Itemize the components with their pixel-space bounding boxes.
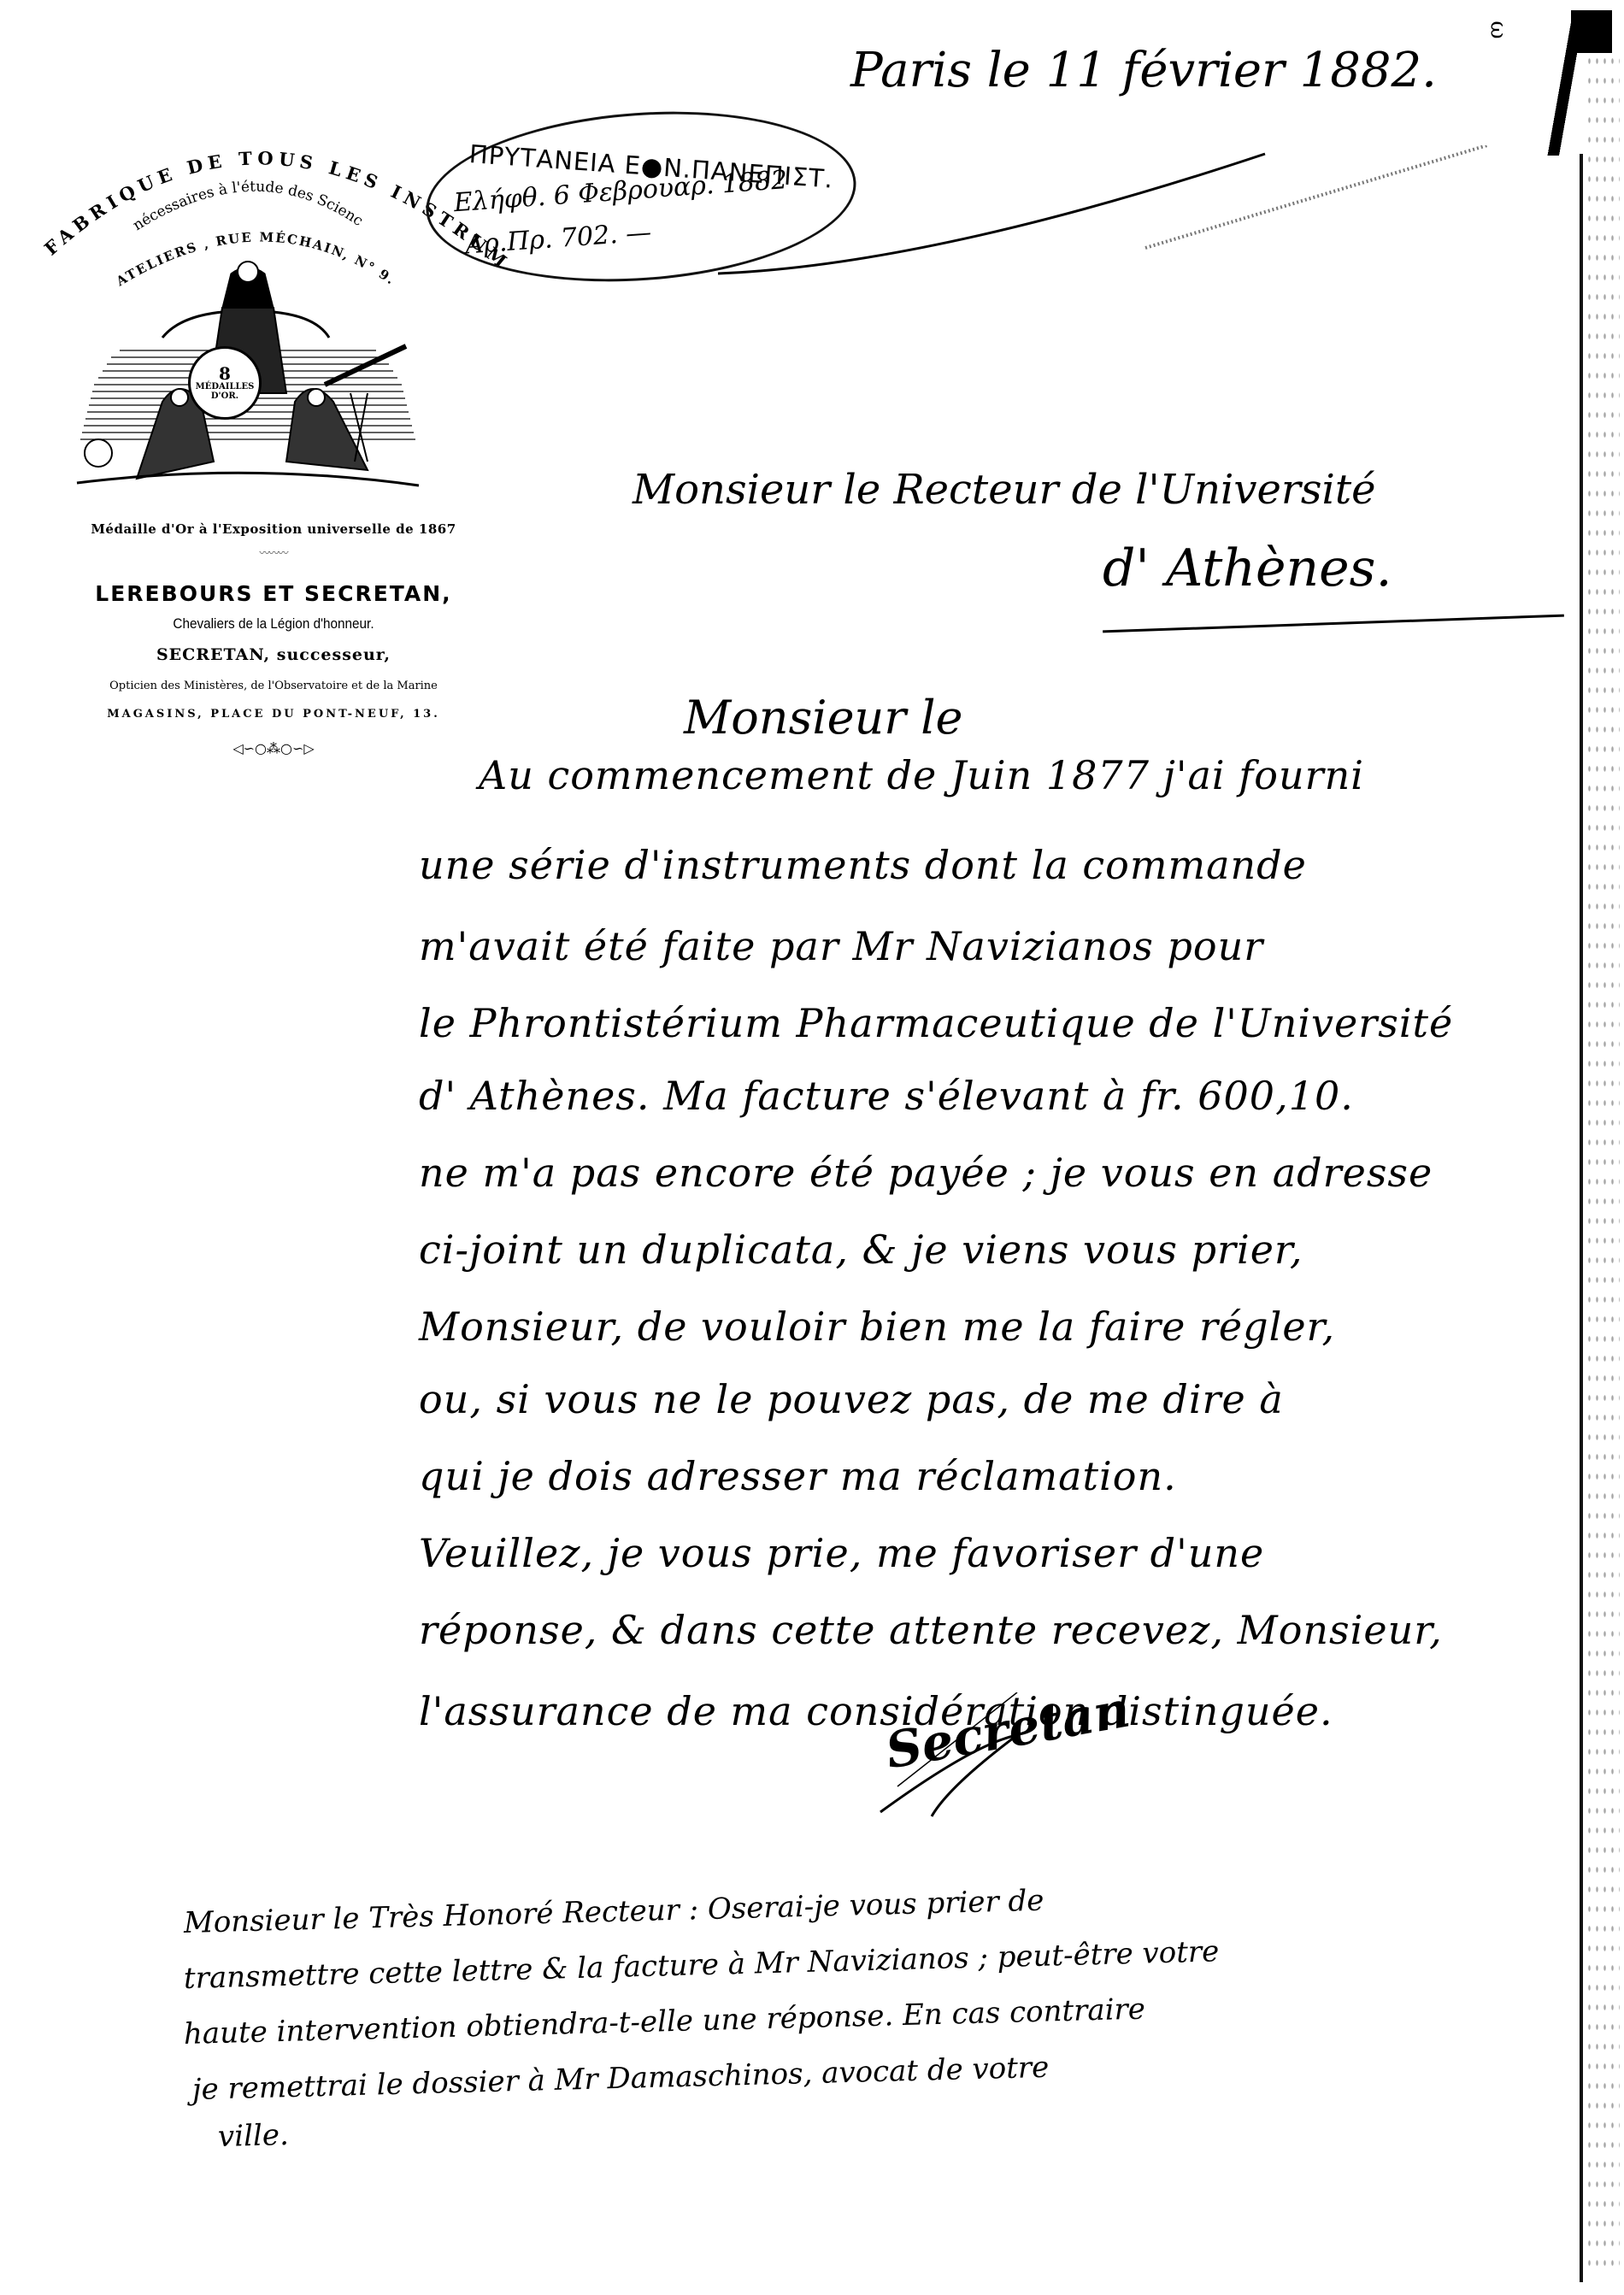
scan-edge-block [1571, 10, 1612, 53]
scan-edge-speckle [1586, 51, 1620, 2274]
letter-body-line: une série d'instruments dont la commande [419, 842, 1307, 888]
annotation-line: haute intervention obtiendra-t-elle une … [183, 1992, 1145, 2051]
letter-body-line: Veuillez, je vous prie, me favoriser d'u… [419, 1530, 1264, 1576]
shop-address: MAGASINS, PLACE DU PONT-NEUF, 13. [17, 708, 530, 721]
annotation-line: Monsieur le Très Honoré Recteur : Oserai… [183, 1884, 1044, 1940]
medal-label: MÉDAILLES [196, 383, 255, 392]
wave-ornament: 〰〰〰 [17, 545, 530, 560]
addressee-underline [1103, 615, 1564, 633]
letter-body-line: Au commencement de Juin 1877 j'ai fourni [479, 752, 1364, 798]
letter-body-line: d' Athènes. Ma facture s'élevant à fr. 6… [419, 1073, 1354, 1119]
addressee-line-2: d' Athènes. [1103, 538, 1392, 598]
scan-edge-line [1580, 154, 1583, 2282]
letter-body-line: ou, si vous ne le pouvez pas, de me dire… [419, 1376, 1284, 1422]
chevaliers-line: Chevaliers de la Légion d'honneur. [43, 615, 504, 633]
medal-label-gold: D'OR. [211, 392, 238, 402]
exposition-award: Médaille d'Or à l'Exposition universelle… [17, 521, 530, 537]
letter-body-line: ne m'a pas encore été payée ; je vous en… [419, 1150, 1433, 1196]
medal-count: 8 [219, 365, 231, 383]
letter-body-line: réponse, & dans cette attente recevez, M… [419, 1607, 1443, 1653]
addressee-line-1: Monsieur le Recteur de l'Université [633, 466, 1376, 514]
letter-body-line: ci-joint un duplicata, & je viens vous p… [419, 1227, 1303, 1273]
salutation: Monsieur le [684, 691, 963, 744]
stamp-tail-stroke [718, 145, 1573, 368]
letter-body-line: Monsieur, de vouloir bien me la faire ré… [419, 1303, 1335, 1350]
margin-mark: ω [1486, 21, 1511, 38]
letter-body-line: qui je dois adresser ma réclamation. [419, 1453, 1177, 1499]
letter-body-line: le Phrontistérium Pharmaceutique de l'Un… [419, 1000, 1453, 1046]
annotation-line: ville. [217, 2118, 289, 2154]
letter-page: ω FABRIQUE DE TOUS LES INSTRUMENTS néces… [0, 0, 1624, 2295]
opticien-line: Opticien des Ministères, de l'Observatoi… [17, 680, 530, 692]
successor-line: SECRETAN, successeur, [17, 645, 530, 664]
letter-body-line: m'avait été faite par Mr Navizianos pour [419, 923, 1263, 969]
gold-medal-badge: 8 MÉDAILLES D'OR. [188, 346, 262, 420]
stamp-protocol-number: Αρ.Πρ. 702. — [464, 217, 652, 260]
bottom-ornament: ◁∽○⁂○∽▷ [17, 740, 530, 756]
signature-flourish [872, 1692, 1094, 1821]
annotation-line: je remettrai le dossier à Mr Damaschinos… [191, 2051, 1049, 2107]
firm-name: LEREBOURS ET SECRETAN, [17, 581, 530, 606]
place-and-date: Paris le 11 février 1882. [850, 43, 1437, 98]
annotation-line: transmettre cette lettre & la facture à … [183, 1934, 1219, 1996]
